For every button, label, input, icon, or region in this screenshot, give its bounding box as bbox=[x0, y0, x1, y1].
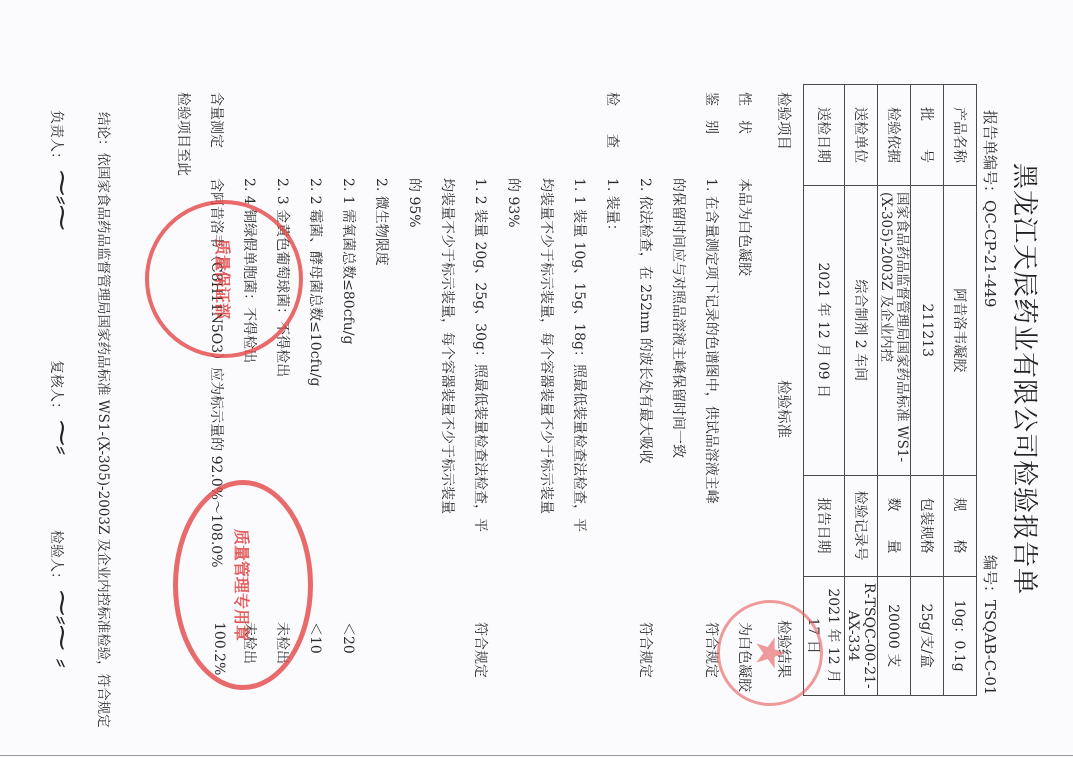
result-standard: 2. 微生物限度 bbox=[372, 178, 392, 266]
result-item: 鉴 别 bbox=[702, 92, 722, 134]
document-code: 编号：TSQAB-C-01 bbox=[980, 555, 1001, 695]
result-item: 检 查 bbox=[603, 92, 623, 148]
package-label: 包装规格 bbox=[911, 475, 944, 576]
submit-date-label: 送检日期 bbox=[804, 85, 845, 186]
spec-label: 规 格 bbox=[944, 475, 977, 576]
result-standard: 2. 1 需氧菌总数≤80cfu/g bbox=[339, 178, 359, 344]
result-standard: 2. 依法检查，在 252nm 的波长处有最大吸收 bbox=[636, 178, 656, 464]
info-table: 产品名称 阿昔洛韦凝胶 规 格 10g：0.1g 批 号 211213 包装规格… bbox=[803, 84, 977, 696]
result-standard: 均装量不少于标示装量，每个容器装量不少于标示装量 bbox=[438, 178, 458, 514]
unit: 综合制剂 2 车间 bbox=[845, 186, 878, 476]
responsible-signature: ⁓⸗⁓ bbox=[47, 170, 77, 231]
result-standard: 本品为白色凝胶 bbox=[735, 178, 755, 276]
record-label: 检验记录号 bbox=[845, 475, 878, 576]
reviewer-label: 复核人： bbox=[47, 360, 67, 416]
result-standard: 1. 2 装量 20g、25g、30g：照最低装量检查法检查，平 bbox=[471, 178, 491, 532]
result-item: 性 状 bbox=[735, 92, 755, 134]
result-value: 符合规定 bbox=[636, 622, 656, 678]
result-standard: 的 93% bbox=[504, 178, 524, 228]
quality-assurance-stamp: 质量保证部 bbox=[145, 200, 303, 358]
result-standard: 1. 在含量测定项下记录的色谱图中，供试品溶液主峰 bbox=[702, 178, 722, 504]
quantity-label: 数 量 bbox=[878, 475, 911, 576]
product-name: 阿昔洛韦凝胶 bbox=[944, 186, 977, 476]
star-icon: ★ bbox=[752, 637, 788, 669]
quality-management-stamp: 质量管理专用章 bbox=[173, 480, 313, 690]
header-standard: 检验标准 bbox=[774, 380, 795, 438]
report-number: 报告单编号：QC-CP-21-449 bbox=[980, 110, 1001, 307]
result-value: ＜20 bbox=[339, 622, 359, 654]
batch-label: 批 号 bbox=[911, 85, 944, 186]
submit-date: 2021 年 12 月 09 日 bbox=[804, 186, 845, 476]
package: 25g/支/盒 bbox=[911, 576, 944, 695]
record: R-TSQC-00-21-AX-334 bbox=[845, 576, 878, 695]
result-standard: 1. 1 装量 10g、15g、18g：照最低装量检查法检查，平 bbox=[570, 178, 590, 532]
inspector-label: 检验人： bbox=[47, 530, 67, 586]
spec: 10g：0.1g bbox=[944, 576, 977, 695]
batch: 211213 bbox=[911, 186, 944, 476]
inspection-report: 黑龙江天辰药业有限公司检验报告单 报告单编号：QC-CP-21-449 编号：T… bbox=[0, 0, 1073, 758]
quantity: 20000 支 bbox=[878, 576, 911, 695]
result-standard: 均装量不少于标示装量，每个容器装量不少于标示装量 bbox=[537, 178, 557, 514]
conclusion: 结论：依国家食品药品监督管理局国家药品标准 WS1-(X-305)-2003Z … bbox=[95, 112, 115, 728]
report-title: 黑龙江天辰药业有限公司检验报告单 bbox=[1008, 0, 1045, 758]
result-standard: 2. 2 霉菌、酵母菌总数≤10cfu/g bbox=[306, 178, 326, 386]
result-standard: 的保留时间应与对照品溶液主峰保留时间一致 bbox=[669, 178, 689, 458]
result-item: 含量测定 bbox=[207, 92, 227, 148]
inspector-signature: ⁓⸗⁓ ⸗ bbox=[47, 590, 77, 668]
header-item: 检验项目 bbox=[774, 92, 795, 150]
result-item: 检验项目至此 bbox=[174, 92, 194, 176]
basis-label: 检验依据 bbox=[878, 85, 911, 186]
report-seal-stamp: ★ bbox=[717, 600, 823, 706]
result-value: 符合规定 bbox=[471, 622, 491, 678]
unit-label: 送检单位 bbox=[845, 85, 878, 186]
result-standard: 的 95% bbox=[405, 178, 425, 228]
product-name-label: 产品名称 bbox=[944, 85, 977, 186]
responsible-label: 负责人： bbox=[47, 110, 67, 166]
result-value: ＜10 bbox=[306, 622, 326, 654]
result-standard: 1. 装量： bbox=[603, 178, 623, 238]
report-date-label: 报告日期 bbox=[804, 475, 845, 576]
basis: 国家食品药品监督管理局国家药品标准 WS1-(X-305)-2003Z 及企业内… bbox=[878, 186, 911, 476]
reviewer-signature: ⁓⸗ bbox=[47, 420, 77, 455]
